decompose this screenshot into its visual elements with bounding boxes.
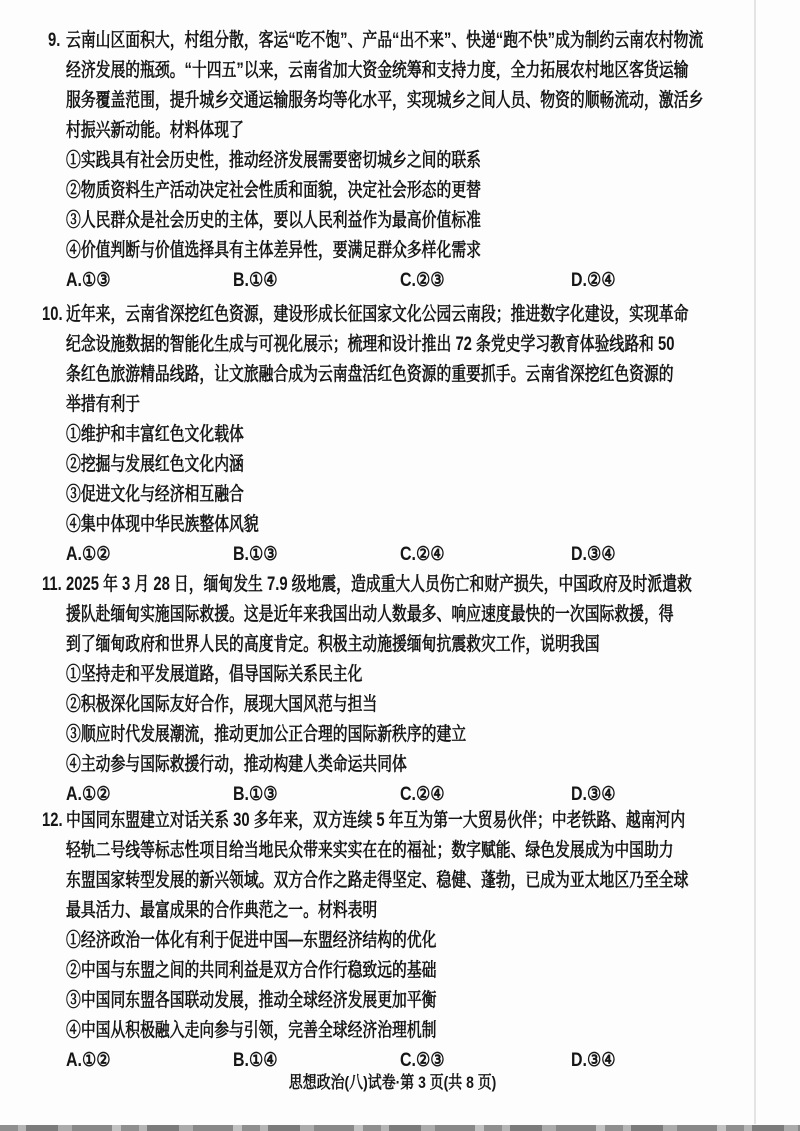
stem-line: 村振兴新动能。材料体现了 — [66, 116, 629, 146]
option-statement-1: ①坚持走和平发展道路，倡导国际关系民主化 — [66, 660, 629, 690]
option-statement-2: ②物质资料生产活动决定社会性质和面貌，决定社会形态的更替 — [66, 176, 629, 206]
question-9: 9. 云南山区面积大，村组分散，客运“吃不饱”、产品“出不来”、快递“跑不快”成… — [48, 26, 788, 296]
option-statement-3: ③顺应时代发展潮流，推动更加公正合理的国际新秩序的建立 — [66, 720, 629, 750]
choice-c: C.②③ — [400, 266, 544, 296]
question-10: 10. 近年来，云南省深挖红色资源，建设形成长征国家文化公园云南段；推进数字化建… — [42, 300, 788, 570]
stem-line: 条红色旅游精品线路，让文旅融合成为云南盘活红色资源的重要抓手。云南省深挖红色资源… — [66, 360, 629, 390]
option-statement-3: ③中国同东盟各国联动发展，推动全球经济发展更加平衡 — [66, 986, 629, 1016]
page-footer: 思想政治(八)试卷·第 3 页(共 8 页) — [0, 1068, 786, 1093]
option-statement-3: ③人民群众是社会历史的主体，要以人民利益作为最高价值标准 — [66, 206, 629, 236]
option-statement-2: ②中国与东盟之间的共同利益是双方合作行稳致远的基础 — [66, 956, 629, 986]
option-statement-2: ②挖掘与发展红色文化内涵 — [66, 450, 629, 480]
option-statement-3: ③促进文化与经济相互融合 — [66, 480, 629, 510]
choice-a: A.①② — [66, 540, 206, 570]
option-statement-4: ④集中体现中华民族整体风貌 — [66, 510, 629, 540]
answer-choices-row: A.①③ B.①④ C.②③ D.②④ — [66, 266, 788, 296]
stem-line: 纪念设施数据的智能化生成与可视化展示；梳理和设计推出 72 条党史学习教育体验线… — [66, 330, 629, 360]
option-statement-1: ①经济政治一体化有利于促进中国—东盟经济结构的优化 — [66, 926, 629, 956]
choice-d: D.③④ — [571, 540, 753, 570]
stem-line: 2025 年 3 月 28 日，缅甸发生 7.9 级地震，造成重大人员伤亡和财产… — [66, 570, 629, 600]
question-number: 12. — [42, 806, 63, 836]
option-statement-4: ④主动参与国际救援行动，推动构建人类命运共同体 — [66, 750, 629, 780]
choice-d: D.②④ — [571, 266, 753, 296]
exam-page: 9. 云南山区面积大，村组分散，客运“吃不饱”、产品“出不来”、快递“跑不快”成… — [0, 0, 800, 1131]
question-12: 12. 中国同东盟建立对话关系 30 多年来，双方连续 5 年互为第一大贸易伙伴… — [42, 806, 788, 1076]
option-statement-2: ②积极深化国际友好合作，展现大国风范与担当 — [66, 690, 629, 720]
stem-line: 近年来，云南省深挖红色资源，建设形成长征国家文化公园云南段；推进数字化建设，实现… — [66, 300, 629, 330]
stem-line: 中国同东盟建立对话关系 30 多年来，双方连续 5 年互为第一大贸易伙伴；中老铁… — [66, 806, 629, 836]
question-11: 11. 2025 年 3 月 28 日，缅甸发生 7.9 级地震，造成重大人员伤… — [42, 570, 788, 810]
choice-b: B.①③ — [233, 540, 373, 570]
option-statement-4: ④中国从积极融入走向参与引领，完善全球经济治理机制 — [66, 1016, 629, 1046]
page-footer-text: 思想政治(八)试卷·第 3 页(共 8 页) — [289, 1068, 497, 1093]
option-statement-1: ①维护和丰富红色文化载体 — [66, 420, 629, 450]
stem-line: 最具活力、最富成果的合作典范之一。材料表明 — [66, 896, 629, 926]
answer-choices-row: A.①② B.①③ C.②④ D.③④ — [66, 540, 788, 570]
scan-bottom-edge — [0, 1125, 800, 1131]
stem-line: 经济发展的瓶颈。“十四五”以来，云南省加大资金统筹和支持力度，全力拓展农村地区客… — [66, 56, 629, 86]
choice-c: C.②④ — [400, 540, 544, 570]
question-number: 10. — [42, 300, 63, 330]
choice-b: B.①④ — [233, 266, 373, 296]
question-number: 11. — [42, 570, 62, 600]
stem-line: 轻轨二号线等标志性项目给当地民众带来实实在在的福祉；数字赋能、绿色发展成为中国助… — [66, 836, 629, 866]
stem-line: 东盟国家转型发展的新兴领域。双方合作之路走得坚定、稳健、蓬勃，已成为亚太地区乃至… — [66, 866, 629, 896]
stem-line: 援队赴缅甸实施国际救援。这是近年来我国出动人数最多、响应速度最快的一次国际救援，… — [66, 600, 629, 630]
stem-line: 云南山区面积大，村组分散，客运“吃不饱”、产品“出不来”、快递“跑不快”成为制约… — [66, 26, 629, 56]
page-fold-line — [754, 0, 756, 1124]
stem-line: 服务覆盖范围，提升城乡交通运输服务均等化水平，实现城乡之间人员、物资的顺畅流动，… — [66, 86, 629, 116]
stem-line: 到了缅甸政府和世界人民的高度肯定。积极主动施援缅甸抗震救灾工作，说明我国 — [66, 630, 629, 660]
choice-a: A.①③ — [66, 266, 206, 296]
option-statement-1: ①实践具有社会历史性，推动经济发展需要密切城乡之间的联系 — [66, 146, 629, 176]
option-statement-4: ④价值判断与价值选择具有主体差异性，要满足群众多样化需求 — [66, 236, 629, 266]
question-number: 9. — [48, 26, 60, 56]
stem-line: 举措有利于 — [66, 390, 629, 420]
